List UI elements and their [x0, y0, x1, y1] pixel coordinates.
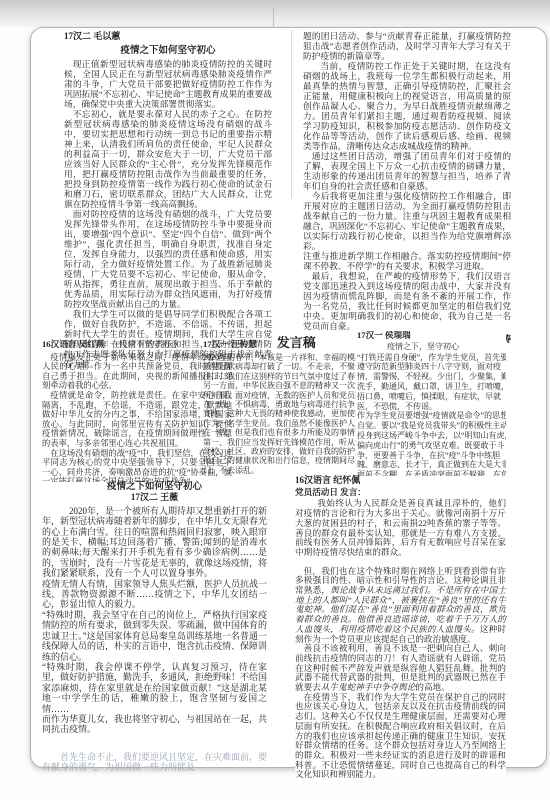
sheet-edge-line-right-column [291, 30, 292, 198]
essay-paragraph: 疫情无情人有情，国家领导人焦头烂额，医护人员抗战一线，善款物资源源不断……疫情之… [42, 579, 267, 610]
essay-author: 17汉二 王薇 [42, 492, 267, 502]
essay-paragraph: 当前，疫情防控工作正处于关键时期，在这没有硝烟的战场上，我班每一位学生都积极行动… [303, 61, 511, 151]
essay-title: 发言稿 [277, 336, 316, 349]
essay-author: 16汉语言 纪怀佩 [295, 476, 506, 486]
essay-ji-huaipei: 16汉语言 纪怀佩 党员活动日 发言： 我始终认为人民群众是善良真诚且淳朴的，他… [295, 476, 506, 780]
essay-paragraph: 2020年，是一个被所有人期待却又想重新打开的新年，新型冠状病毒随着新年的脚步，… [42, 506, 267, 579]
essay-paragraph: 题的团日活动、参与“贡献青春正能量，打赢疫情防控狙击战”志愿者创作活动，及时学习… [303, 31, 511, 61]
essay-paragraph: 现正值新型冠状病毒感染的肺炎疫情防控的关键时候，全国人民正在与新型冠状病毒感染肺… [64, 59, 272, 109]
essay-title: 在疫情下坚守初心 [111, 340, 177, 349]
text-run-italic: 从牛鬼蛇神手中争夺舆论 [321, 682, 416, 692]
essay-paragraph: 面对防控疫情的这场没有硝烟的战斗，广大党员要发挥先锋带头作用，在这场疫情防控斗争… [64, 209, 272, 309]
essay-title: 疫情之下，坚守初心 [387, 342, 506, 352]
essay-paragraph: 我始终认为人民群众是善良真诚且淳朴的，他们对疫情的言论和行为大多出于关心。就像河… [295, 499, 506, 557]
essay-faded-continuation: 首先生命不止，我们要逆风且坚定，在灾难面前，要有献身的勇气，为祖国做一些力所能及 [42, 752, 267, 773]
essay-paragraph: “特殊时期，我会停课不停学，认真复习预习，待在家里，做好防护措施，勤洗手，多通风… [42, 662, 267, 714]
essay-title: 疫情之下如何坚守初心 [42, 482, 267, 492]
essay-heading: 党员活动日 发言： [295, 488, 506, 498]
essay-clipped-text: 2020年的春节，本该是一片祥和、幸福的模样 新型冠状病毒却打破了一切。不走亲，… [203, 353, 356, 475]
essay-author: 17汉一 汪传慧 [203, 340, 257, 349]
essay-header: 17汉一 汪传慧 发言稿 [203, 336, 356, 349]
essay-paragraph: 今后我将更加注重与强化疫情防控工作相融合，即开展对应的主题团日活动，为全面打赢疫… [303, 191, 511, 251]
essay-wang-wei: 疫情之下如何坚守初心 17汉二 王薇 2020年，是一个被所有人期待却又想重新打… [42, 482, 267, 735]
essay-guo-chentao: 题的团日活动、参与“贡献青春正能量，打赢疫情防控狙击战”志愿者创作活动，及时学习… [303, 31, 511, 344]
essay-paragraph: 最后，我想说，在严峻的疫情形势下，我们汉语言党支部迅速投入到这场疫情的阻击战中，… [303, 271, 511, 331]
document-scan-view: 17汉二 毛以蕙 疫情之下如何坚守初心 现正值新型冠状病毒感染的肺炎疫情防控的关… [0, 0, 550, 800]
essay-wang-chuanhui: 17汉一 汪传慧 发言稿 2020年的春节，本该是一片祥和、幸福的模样 新型冠状… [203, 336, 356, 475]
essay-author: 16汉语言 吴红燕 [42, 339, 104, 349]
essay-paragraph: 不忘初心，就是要永葆对人民的赤子之心。在防控新型冠状病毒感染的肺炎疫情这场没有硝… [64, 109, 272, 209]
essay-author: 17汉一 侯瑞瑞 [357, 331, 506, 341]
essay-title: 疫情之下如何坚守初心 [64, 46, 272, 56]
essay-author: 17汉二 毛以蕙 [64, 31, 272, 41]
essay-paragraph: 善良不该被利用，善良不该是一把刺向自己人、刺向前线抗击疫情的同志的刀！有人造谣就… [295, 644, 506, 693]
essay-mao-yihui: 17汉二 毛以蕙 疫情之下如何坚守初心 现正值新型冠状病毒感染的肺炎疫情防控的关… [64, 31, 272, 369]
essay-paragraph: “特殊时期，我会坚守在自己的岗位上，严格执行国家疫情防控的所有要求，做到零失误、… [42, 610, 267, 662]
text-run: 的高地。 [415, 682, 449, 692]
essay-paragraph: 在疫情当下，我们作为大学生党员在保护自己的同时也应该关心身边人，包括亲友以及在抗… [295, 693, 506, 780]
essay-paragraph: 而作为华夏儿女，我也将坚守初心，与祖国站在一起，共同抗击疫情。 [42, 714, 267, 735]
background-top-strip [0, 0, 550, 27]
essay-paragraph: 注重与推进新学期工作相融合。落实防控疫情期间“停课不停教、不停学”的有关要求，积… [303, 251, 511, 271]
essay-paragraph: 通过这些团日活动，增强了团员青年们对于疫情的了解，表现全国上下万众一心抗击疫情的… [303, 151, 511, 191]
essay-clipped-text: “打铁还需自身硬”，作为学生党员，首先要 遵守防范新型肺炎四十八字守则，面对疫 … [357, 353, 506, 490]
essay-paragraph: 但，我们也在这个特殊时期在网络上听到看到带有许多极强目的性、暗示性和引导性的言论… [295, 567, 506, 645]
essay-hou-ruirui: 17汉一 侯瑞瑞 疫情之下，坚守初心 “打铁还需自身硬”，作为学生党员，首先要 … [357, 331, 506, 490]
sheet-edge-line-top [273, 7, 274, 27]
